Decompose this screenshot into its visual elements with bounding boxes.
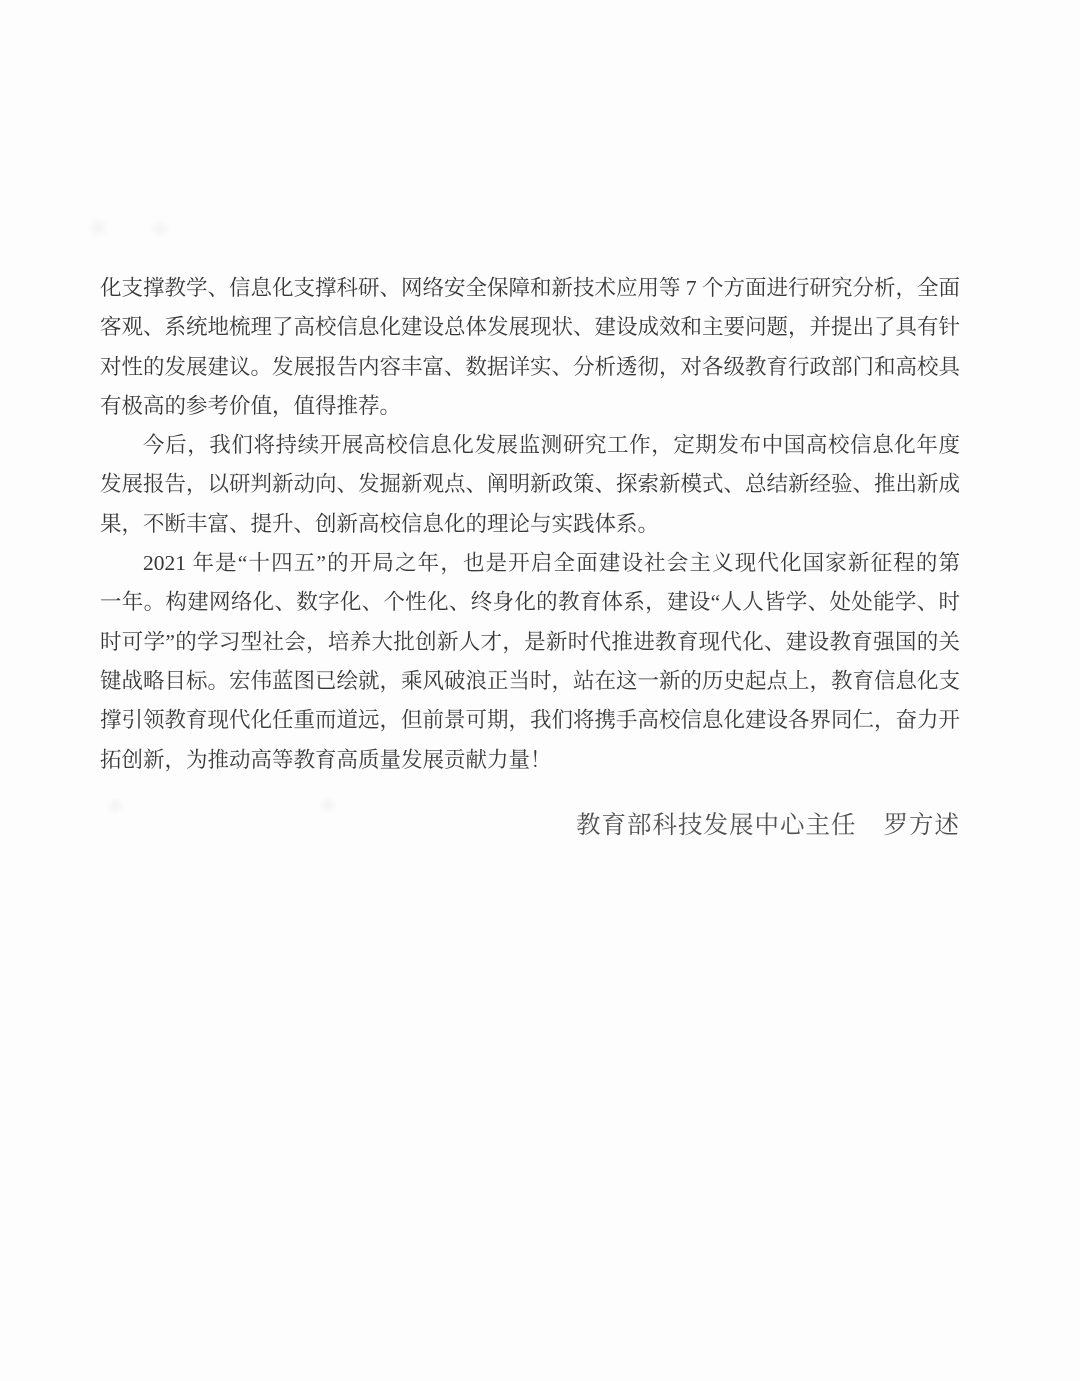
text-line: 撑引领教育现代化任重而道远，但前景可期，我们将携手高校信息化建设各界同仁，奋力开 — [100, 701, 960, 740]
text-line: 果，不断丰富、提升、创新高校信息化的理论与实践体系。 — [100, 505, 960, 544]
text-line: 化支撑教学、信息化支撑科研、网络安全保障和新技术应用等 7 个方面进行研究分析，… — [100, 269, 960, 308]
text-line: 一年。构建网络化、数字化、个性化、终身化的教育体系，建设“人人皆学、处处能学、时 — [100, 583, 960, 622]
preface-body-text: 化支撑教学、信息化支撑科研、网络安全保障和新技术应用等 7 个方面进行研究分析，… — [100, 269, 960, 780]
scan-artifact — [85, 218, 111, 238]
text-line: 有极高的参考价值，值得推荐。 — [100, 387, 960, 426]
text-line: 2021 年是“十四五”的开局之年，也是开启全面建设社会主义现代化国家新征程的第 — [100, 544, 960, 583]
paragraph: 2021 年是“十四五”的开局之年，也是开启全面建设社会主义现代化国家新征程的第… — [100, 544, 960, 780]
signature-title: 教育部科技发展中心主任 — [576, 806, 857, 846]
text-line: 今后，我们将持续开展高校信息化发展监测研究工作，定期发布中国高校信息化年度 — [100, 426, 960, 465]
paragraph: 今后，我们将持续开展高校信息化发展监测研究工作，定期发布中国高校信息化年度发展报… — [100, 426, 960, 544]
text-line: 对性的发展建议。发展报告内容丰富、数据详实、分析透彻，对各级教育行政部门和高校具 — [100, 348, 960, 387]
text-line: 发展报告，以研判新动向、发掘新观点、阐明新政策、探索新模式、总结新经验、推出新成 — [100, 465, 960, 504]
text-line: 键战略目标。宏伟蓝图已绘就，乘风破浪正当时，站在这一新的历史起点上，教育信息化支 — [100, 662, 960, 701]
signature-line: 教育部科技发展中心主任 罗方述 — [576, 806, 960, 846]
signature-name: 罗方述 — [884, 806, 961, 846]
scan-artifact — [104, 798, 126, 814]
text-line: 客观、系统地梳理了高校信息化建设总体发展现状、建设成效和主要问题，并提出了具有针 — [100, 308, 960, 347]
paragraph: 化支撑教学、信息化支撑科研、网络安全保障和新技术应用等 7 个方面进行研究分析，… — [100, 269, 960, 426]
document-page: 化支撑教学、信息化支撑科研、网络安全保障和新技术应用等 7 个方面进行研究分析，… — [0, 0, 1080, 1381]
scan-artifact — [316, 797, 340, 813]
text-line: 时可学”的学习型社会，培养大批创新人才，是新时代推进教育现代化、建设教育强国的关 — [100, 623, 960, 662]
scan-artifact — [148, 220, 172, 238]
text-line: 拓创新，为推动高等教育高质量发展贡献力量！ — [100, 741, 960, 780]
